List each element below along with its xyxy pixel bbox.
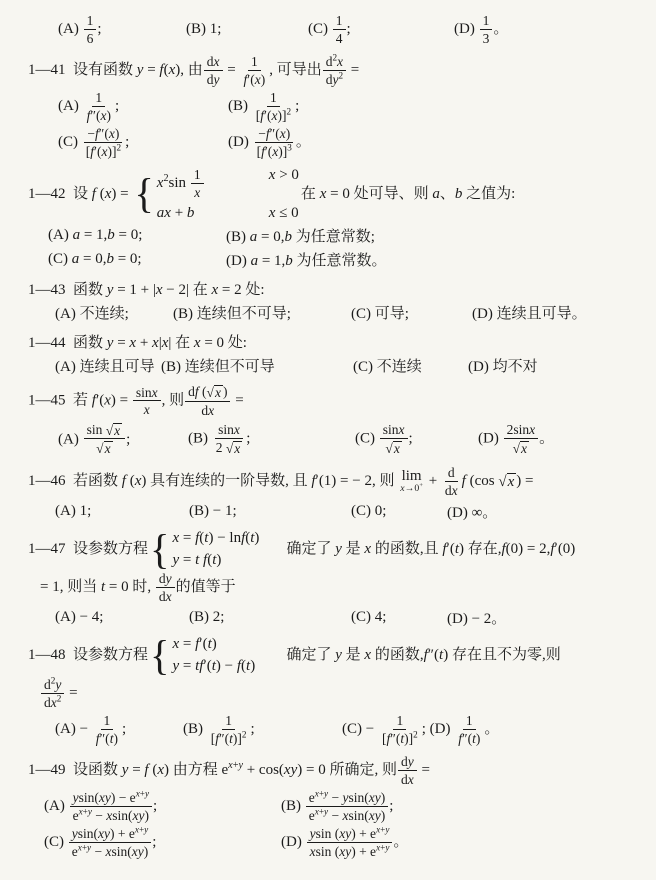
question-stem-continued: d2ydx2 = [0,677,650,710]
question-stem-continued: = 1, 则当 t = 0 时, dydx的值等于 [0,571,650,604]
option: (C) ysin(xy) + ex+yex+y − xsin(xy); [44,826,281,859]
options-row: (A) sin √x√x; (B) sinx2 √x; (C) sinx√x; … [0,422,650,458]
option: (B) 2; [189,609,351,626]
question-stem: 1—42 设 f (x) = {x2sin 1xx > 0ax + bx ≤ 0… [0,167,650,222]
option: (C) −f″(x)[f′(x)]2; [58,126,228,159]
option: (C) 可导; [351,302,472,323]
option: (B) 连续但不可导 [161,355,353,376]
option: (D) 2sinx√x。 [478,422,650,456]
question-stem: 1—41 设有函数 y = f(x), 由dxdy = 1f′(x), 可导出d… [0,54,650,87]
option: (C) 4; [351,609,447,626]
options-row: (A) 1; (B) − 1; (C) 0; (D) ∞。 [0,501,650,522]
option: (B) sinx2 √x; [188,422,355,456]
option: (A) − 4; [55,609,189,626]
option: (B) − 1; [189,503,351,520]
question-1-49: 1—49 设函数 y = f (x) 由方程 ex+y + cos(xy) = … [0,754,650,859]
question-1-43: 1—43 函数 y = 1 + |x − 2| 在 x = 2 处: (A) 不… [0,278,650,323]
option: (A) a = 1,b = 0; [48,227,226,244]
options-row: (A) − 1f″(t); (B) 1[f″(t)]2; (C) − 1[f″(… [0,713,650,746]
question-stem: 1—49 设函数 y = f (x) 由方程 ex+y + cos(xy) = … [0,754,650,787]
option: (B) 1[f″(t)]2; [183,713,342,746]
options-row: (A) 不连续; (B) 连续但不可导; (C) 可导; (D) 连续且可导。 [0,302,650,323]
option: (A) 16; [58,13,186,46]
option: (B) 连续但不可导; [173,302,351,323]
option: (D) 均不对 [468,355,650,376]
option: (D) ysin (xy) + ex+yxsin (xy) + ex+y。 [281,826,650,859]
option: (A) 1; [55,503,189,520]
option: (B) a = 0,b 为任意常数; [226,225,650,246]
options-row: (A) − 4; (B) 2; (C) 4; (D) − 2。 [0,607,650,628]
question-1-44: 1—44 函数 y = x + x|x| 在 x = 0 处: (A) 连续且可… [0,331,650,376]
options-row: (A) 连续且可导 (B) 连续但不可导 (C) 不连续 (D) 均不对 [0,355,650,376]
option: (D) 连续且可导。 [472,302,650,323]
option: (B) 1[f′(x)]2; [228,90,650,123]
options-row: (C) ysin(xy) + ex+yex+y − xsin(xy); (D) … [0,826,650,859]
option: (D) − 2。 [447,607,650,628]
options-row: (C) a = 0,b = 0; (D) a = 1,b 为任意常数。 [0,249,650,270]
options-row: (A) a = 1,b = 0; (B) a = 0,b 为任意常数; [0,225,650,246]
option: (A) 1f″(x); [58,90,228,123]
question-1-46: 1—46 若函数 f (x) 具有连续的一阶导数, 且 f′(1) = − 2,… [0,465,650,522]
option: (C) sinx√x; [355,422,478,456]
options-row-previous-question: (A) 16; (B) 1; (C) 14; (D) 13。 [0,13,650,46]
option: (C) − 1[f″(t)]2; (D) 1f″(t)。 [342,713,454,746]
option: (D) −f″(x)[f′(x)]3。 [228,126,650,159]
options-row: (A) 1f″(x); (B) 1[f′(x)]2; [0,90,650,123]
option: (A) sin √x√x; [58,422,188,458]
options-row: (A) ysin(xy) − ex+yex+y − xsin(xy); (B) … [0,790,650,823]
option: (A) 不连续; [55,302,173,323]
option: (D) 13。 [454,13,650,46]
scanned-exercise-page: (A) 16; (B) 1; (C) 14; (D) 13。 1—41 设有函数… [0,0,656,859]
option: (A) − 1f″(t); [55,713,183,746]
question-stem: 1—44 函数 y = x + x|x| 在 x = 0 处: [0,331,650,352]
question-stem: 1—46 若函数 f (x) 具有连续的一阶导数, 且 f′(1) = − 2,… [0,465,650,498]
question-stem: 1—48 设参数方程{x = f′(t)y = tf′(t) − f(t)确定了… [0,636,650,675]
option: (C) 0; [351,503,447,520]
option: (B) 1; [186,21,308,38]
question-1-45: 1—45 若 f′(x) = sinxx, 则df (√x)dx = (A) s… [0,384,650,457]
option: (D) a = 1,b 为任意常数。 [226,249,650,270]
option: (C) 14; [308,13,454,46]
question-1-47: 1—47 设参数方程{x = f(t) − lnf(t)y = t f(t)确定… [0,530,650,628]
option: (A) 连续且可导 [55,355,161,376]
question-stem: 1—47 设参数方程{x = f(t) − lnf(t)y = t f(t)确定… [0,530,650,569]
option: (C) 不连续 [353,355,468,376]
options-row: (C) −f″(x)[f′(x)]2; (D) −f″(x)[f′(x)]3。 [0,126,650,159]
option: (D) ∞。 [447,501,650,522]
question-stem: 1—45 若 f′(x) = sinxx, 则df (√x)dx = [0,384,650,418]
question-1-41: 1—41 设有函数 y = f(x), 由dxdy = 1f′(x), 可导出d… [0,54,650,159]
option: (B) ex+y − ysin(xy)ex+y − xsin(xy); [281,790,650,823]
option: (A) ysin(xy) − ex+yex+y − xsin(xy); [44,790,281,823]
question-1-42: 1—42 设 f (x) = {x2sin 1xx > 0ax + bx ≤ 0… [0,167,650,270]
option: (C) a = 0,b = 0; [48,251,226,268]
question-1-48: 1—48 设参数方程{x = f′(t)y = tf′(t) − f(t)确定了… [0,636,650,746]
question-stem: 1—43 函数 y = 1 + |x − 2| 在 x = 2 处: [0,278,650,299]
